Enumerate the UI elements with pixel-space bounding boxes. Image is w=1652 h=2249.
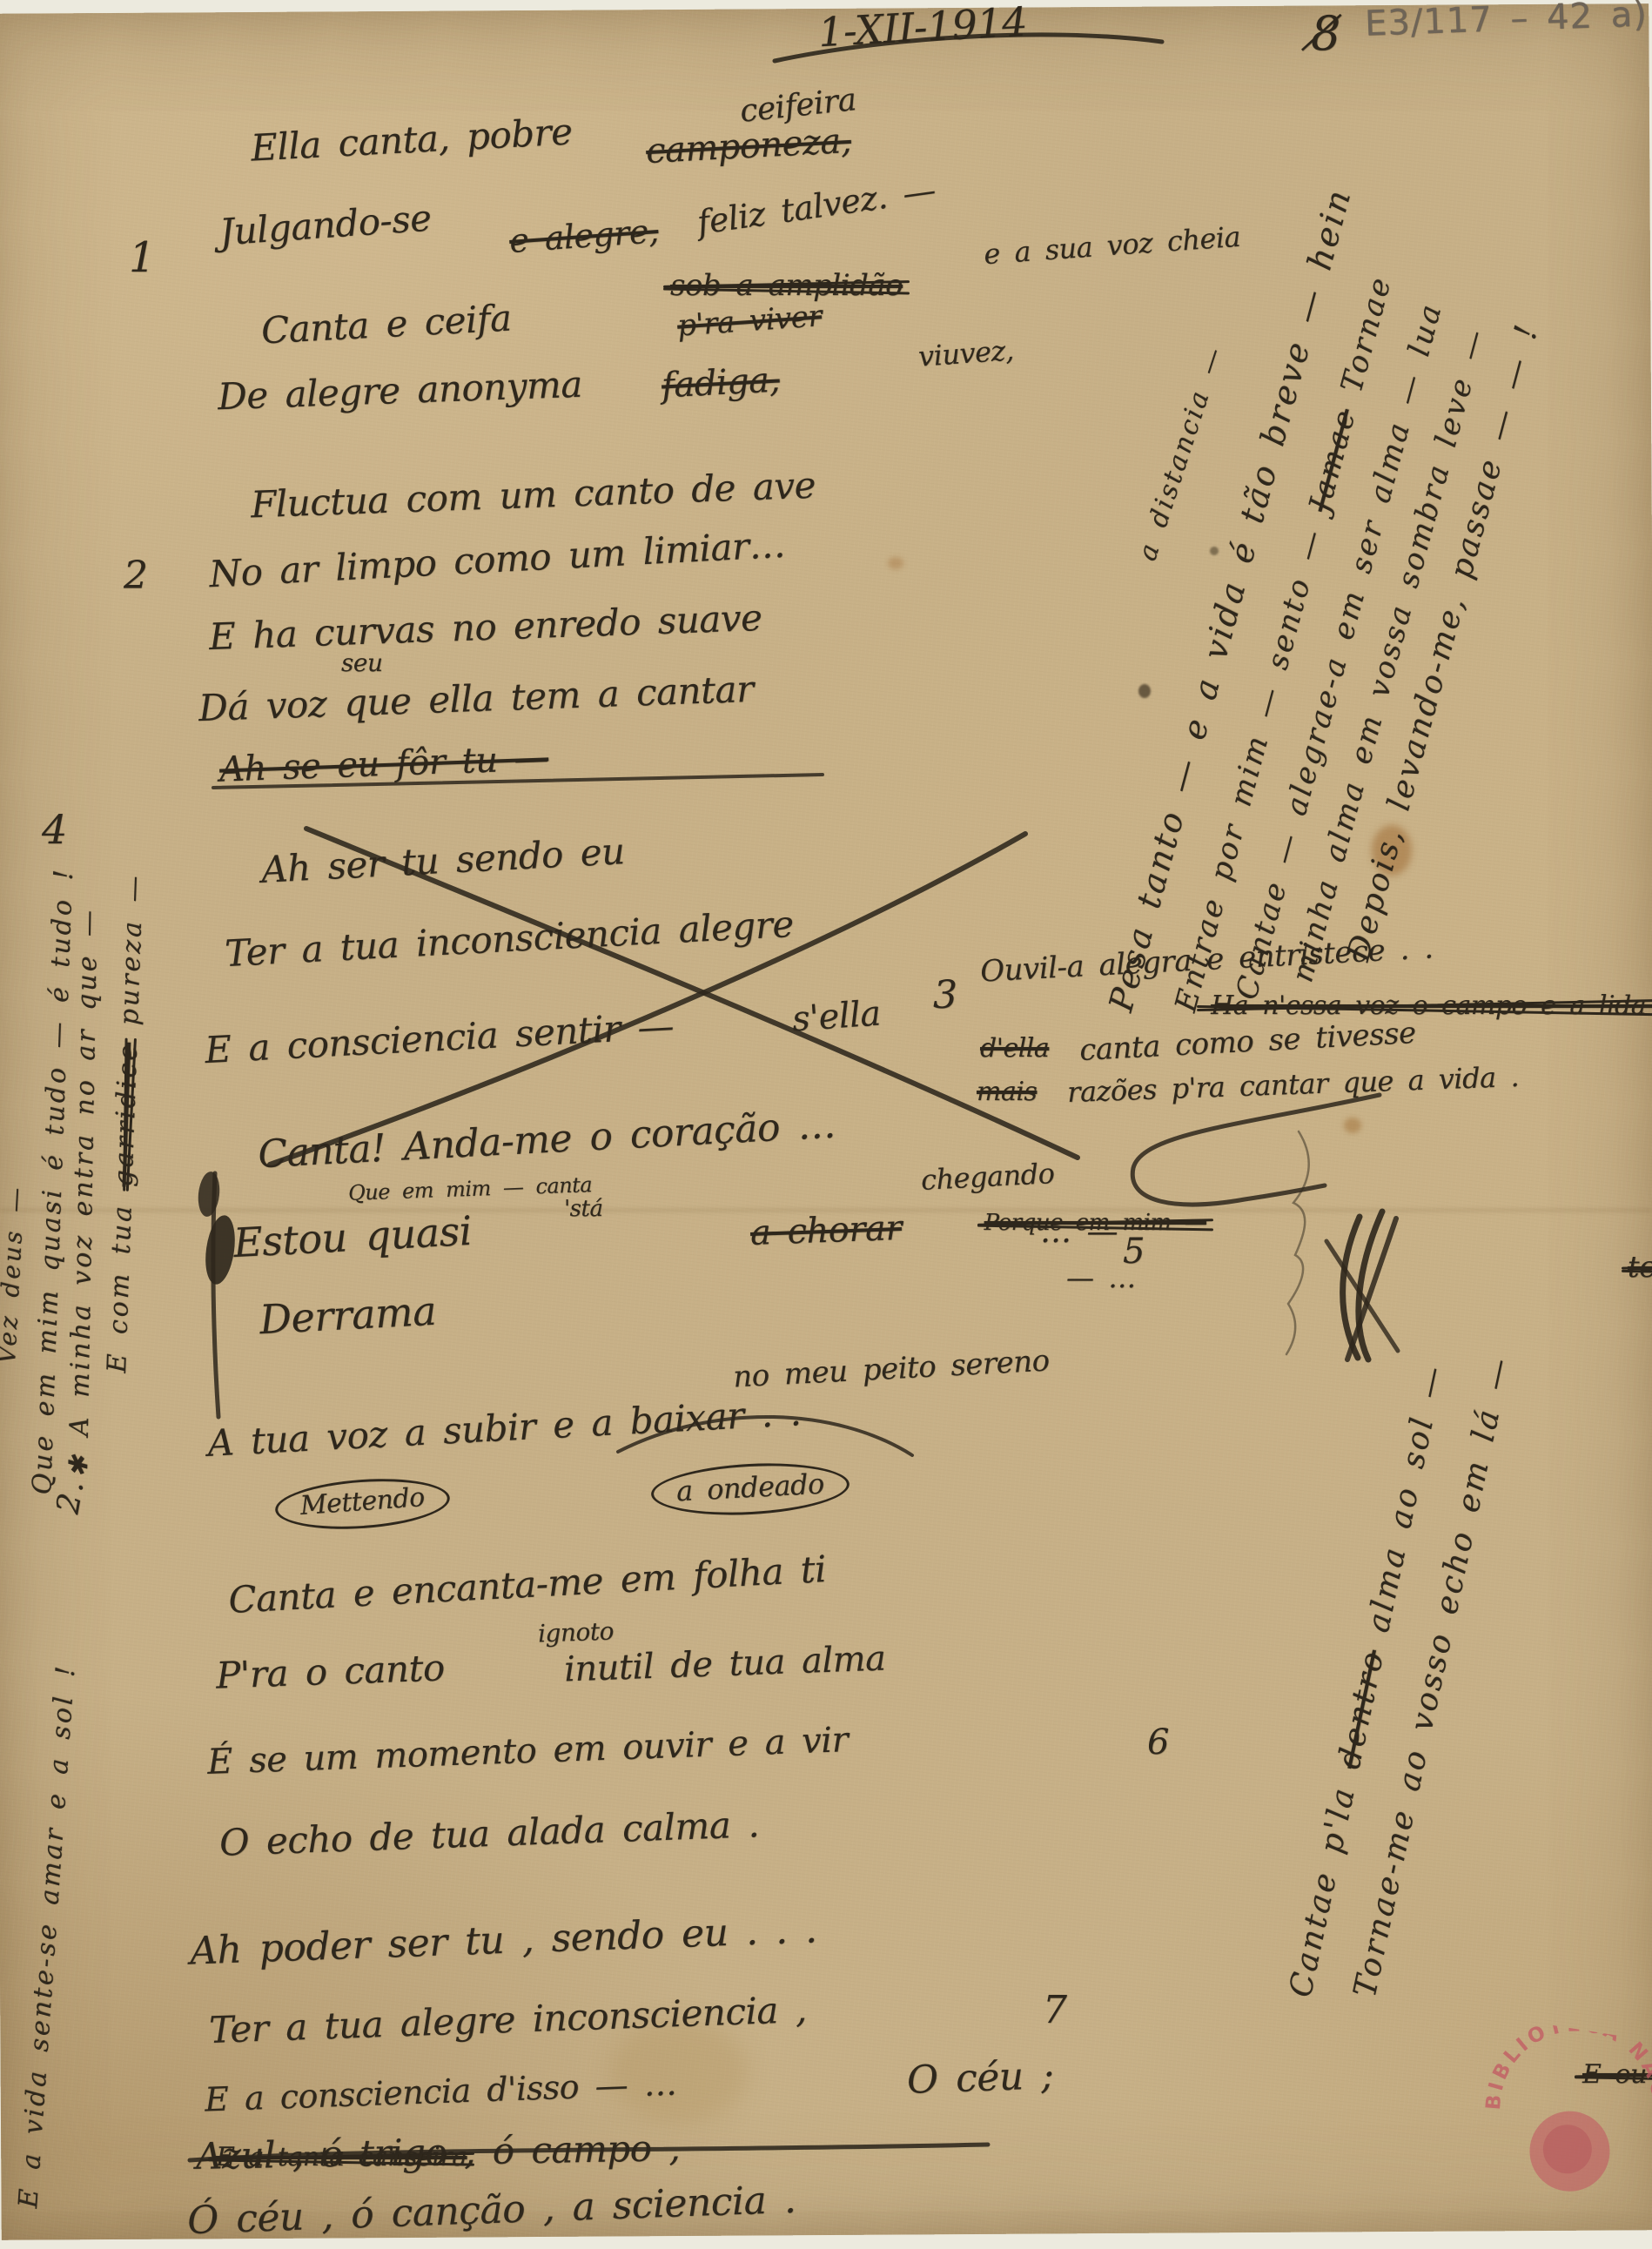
stanza-number-6: 6 (1147, 1725, 1169, 1760)
date: 1-XII-1914 (817, 2, 1028, 52)
interlinear-addition: chegando (920, 1159, 1055, 1194)
struck-word: garridice (108, 1042, 144, 1187)
struck-word: p'ra viver (676, 301, 823, 341)
archive-mark: 8̸ (1311, 10, 1340, 57)
margin-marker: 2. (53, 1476, 90, 1516)
stanza-number-4: 4 (42, 809, 67, 849)
struck-word: camponeza, (645, 124, 852, 169)
library-stamp: BIBLIOTECA NACIONAL (1458, 2015, 1652, 2228)
struck-word: fadiga, (661, 362, 781, 403)
handwriting-line: s'ella (791, 997, 882, 1037)
interlinear-addition: ignoto (538, 1619, 614, 1646)
interlinear-addition: seu (341, 651, 382, 675)
handwriting-line: Derrama (259, 1291, 437, 1340)
handwriting-line: O céu ; (906, 2057, 1054, 2100)
stanza-number-5: 5 (1123, 1234, 1145, 1269)
margin-verse-part: E com tua (102, 1203, 138, 1373)
struck-word: e alegre, (508, 214, 660, 258)
struck-word: mais (977, 1079, 1037, 1105)
stanza-number-1: 1 (129, 237, 155, 279)
struck-word: sob a amplidão (670, 268, 903, 303)
struck-word: teu timbre — (1628, 1250, 1652, 1285)
struck-line: Ha n'essa voz o campo e a lida — (1211, 990, 1652, 1021)
margin-verse-part: pureza — (114, 873, 150, 1026)
stanza-number-2: 2 (124, 557, 148, 595)
interlinear-addition: viuvez, (917, 336, 1014, 371)
struck-word: a chorar (749, 1211, 902, 1251)
struck-word: d'ella (980, 1036, 1049, 1062)
handwriting-line: Estou quasi (232, 1211, 473, 1263)
stanza-number-7: 7 (1043, 1991, 1067, 2030)
interlinear-addition: 'stá (564, 1198, 602, 1220)
handwriting-line: P'ra o canto (215, 1649, 445, 1694)
struck-line: Azul , ó trigo , ó campo , (196, 2130, 681, 2175)
handwriting-line: … — (1040, 1217, 1118, 1248)
stanza-number-3: 3 (933, 977, 957, 1015)
archive-reference: E3/117 – 42 a) (1364, 0, 1648, 42)
